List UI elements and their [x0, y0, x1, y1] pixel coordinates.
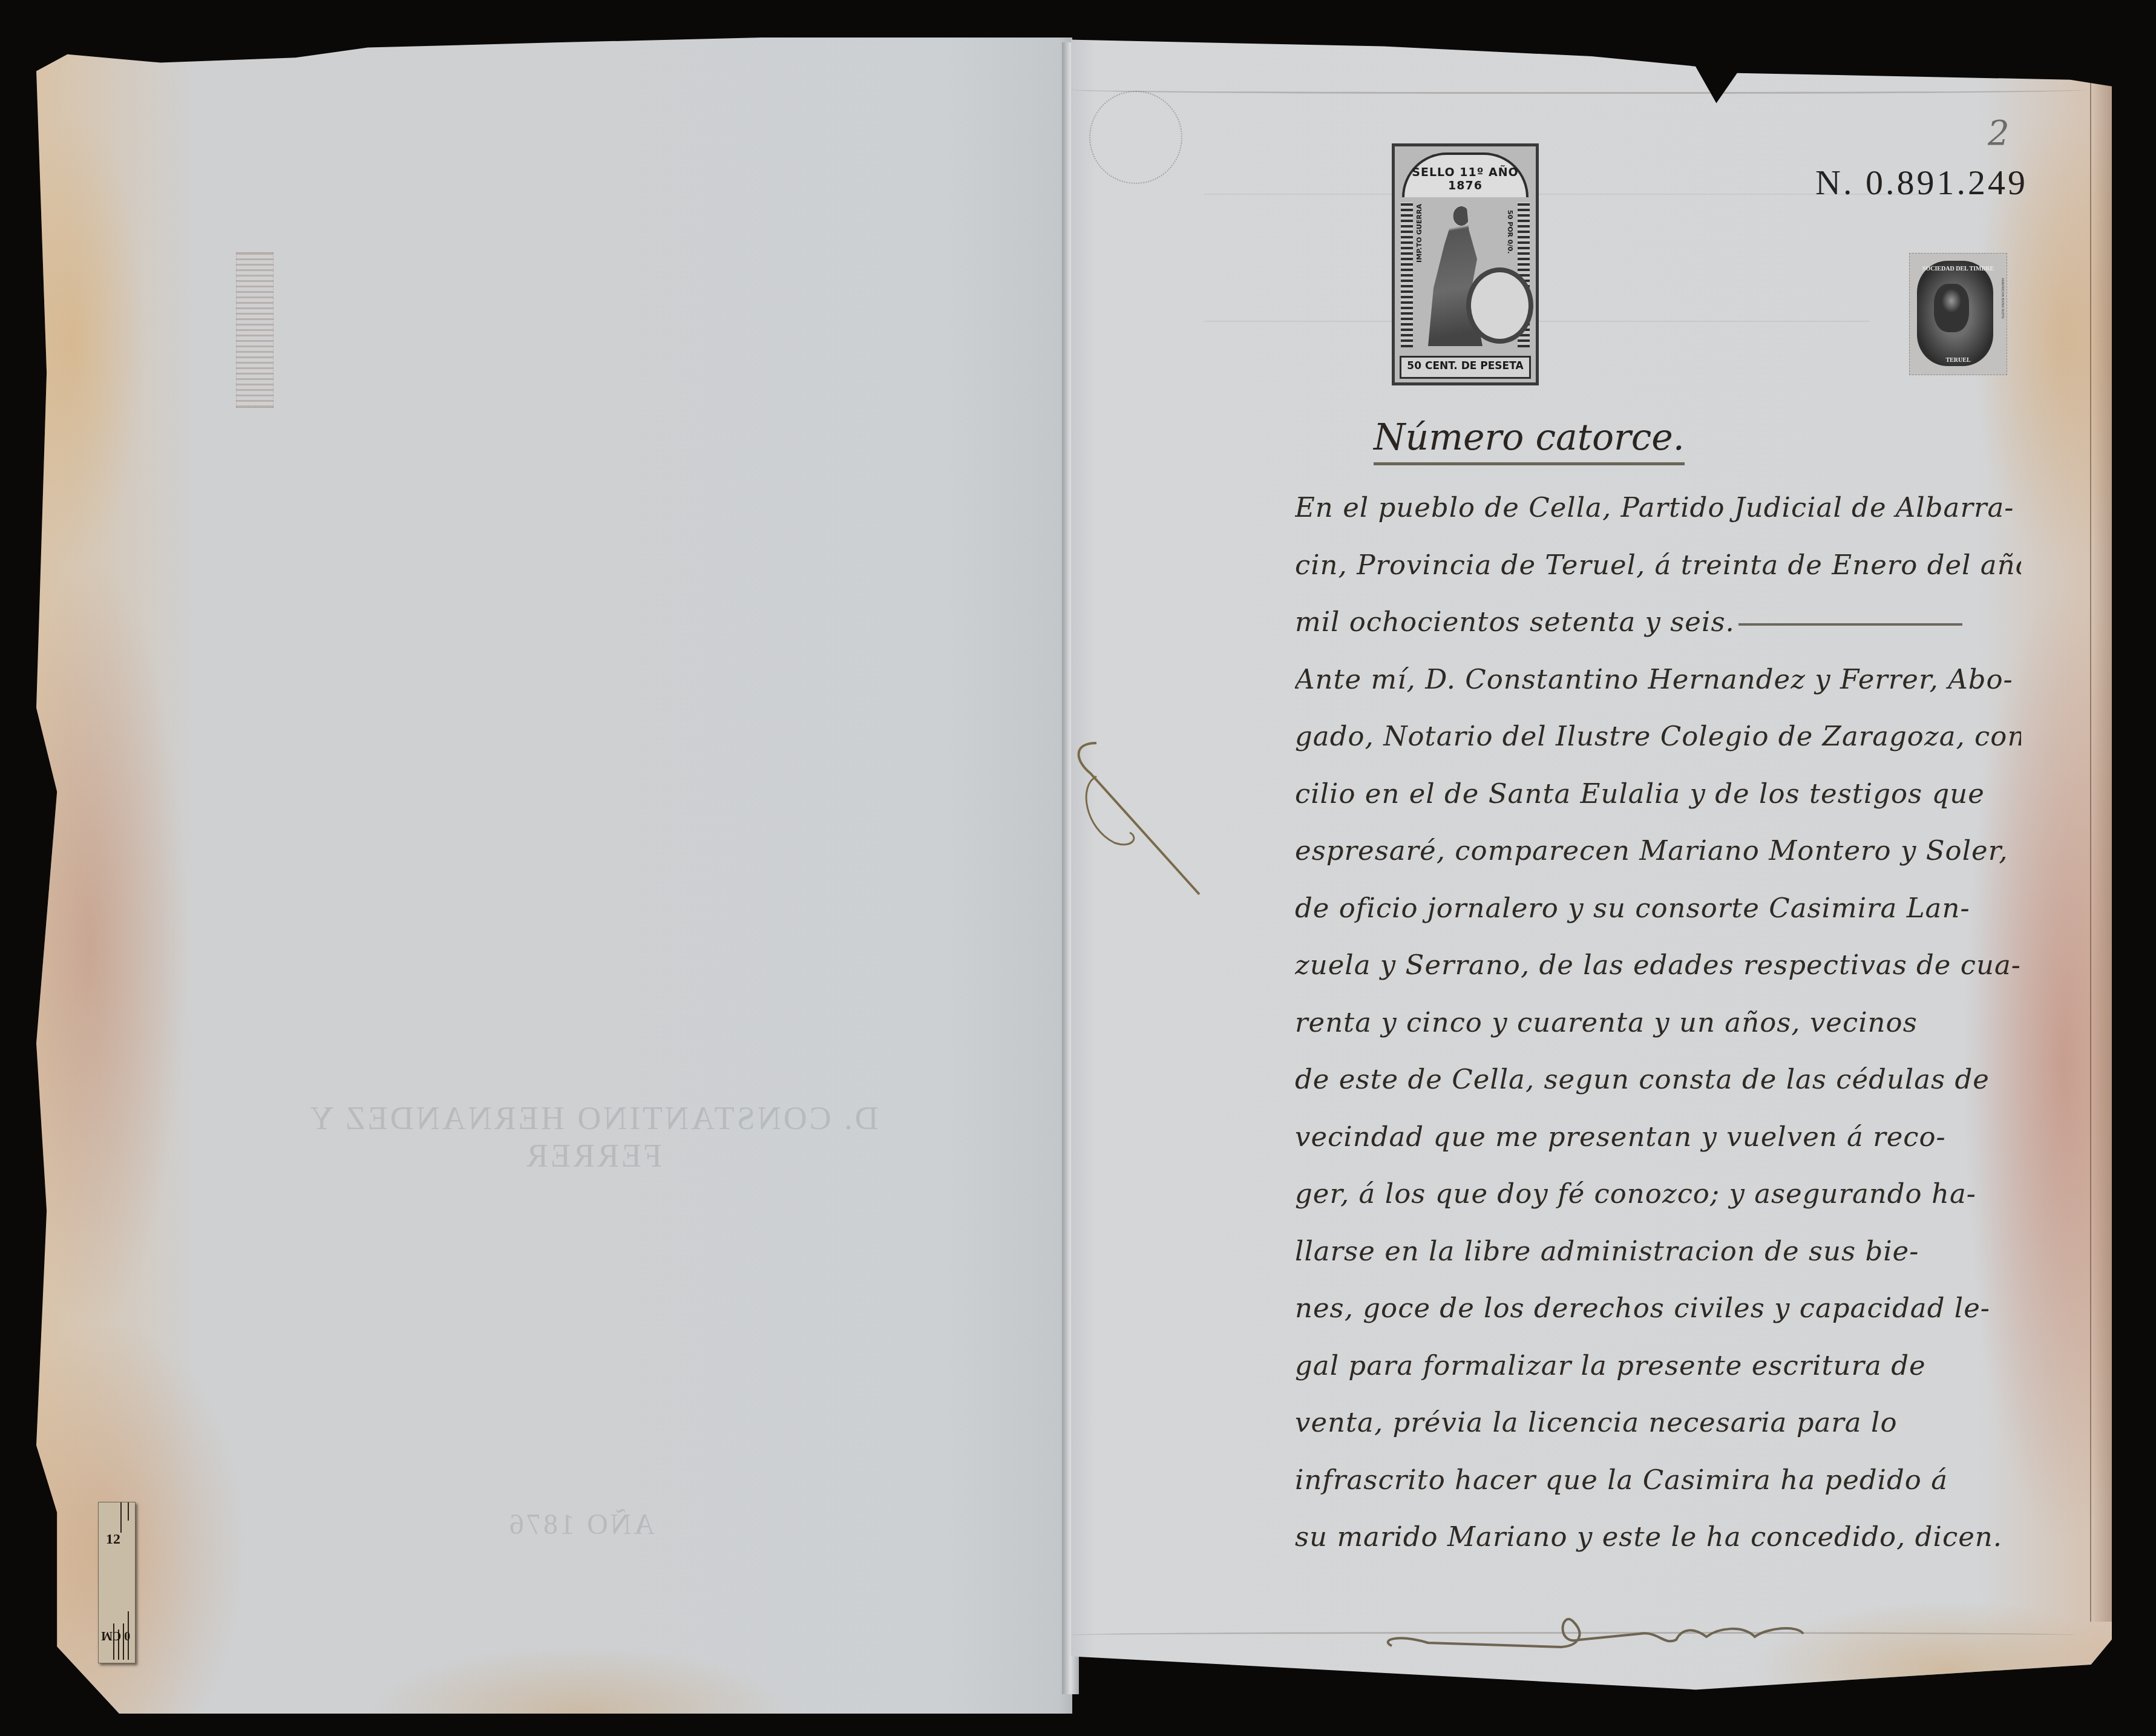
- faded-seal-icon: [1089, 91, 1182, 184]
- text-line: zuela y Serrano, de las edades respectiv…: [1295, 937, 2021, 994]
- right-page: 2 N. 0.891.249 SELLO 11º AÑO 1876 IMP.TO…: [1071, 36, 2112, 1706]
- stamp-arch-text: SELLO 11º AÑO 1876: [1395, 166, 1536, 192]
- serial-number: N. 0.891.249: [1815, 162, 2028, 203]
- page-number: 2: [1988, 114, 2010, 153]
- text-line: cilio en el de Santa Eulalia y de los te…: [1295, 765, 2021, 823]
- text-line: gal para formalizar la presente escritur…: [1295, 1337, 2021, 1395]
- stamp-value: 50 CENT. DE PESETA: [1400, 356, 1531, 379]
- text-line: nes, goce de los derechos civiles y capa…: [1295, 1280, 2021, 1337]
- top-crease: [1071, 84, 2088, 94]
- stamp-right-text: 50 POR 0/0.: [1506, 210, 1514, 254]
- manuscript-body: En el pueblo de Cella, Partido Judicial …: [1295, 479, 2021, 1566]
- text-line: de oficio jornalero y su consorte Casimi…: [1295, 880, 2021, 937]
- left-page: D. CONSTANTINO HERNANDEZ Y FERRER AÑO 18…: [36, 38, 1072, 1714]
- text-line: gado, Notario del Ilustre Colegio de Zar…: [1295, 708, 2021, 765]
- page-edge: [2090, 73, 2112, 1622]
- document-scan: D. CONSTANTINO HERNANDEZ Y FERRER AÑO 18…: [0, 0, 2156, 1736]
- greek-key-pillar-icon: [1401, 202, 1413, 347]
- text-line: Ante mí, D. Constantino Hernandez y Ferr…: [1295, 651, 2021, 709]
- margin-flourish-icon: [1072, 737, 1211, 900]
- text-line: ger, á los que doy fé conozco; y asegura…: [1295, 1165, 2021, 1223]
- stamp-left-text: IMP.TO GUERRA: [1415, 204, 1423, 263]
- timbre-bottom-text: TERUEL: [1910, 357, 2007, 364]
- measurement-ruler: 12 0 CM: [98, 1502, 136, 1663]
- text-line: venta, prévia la licencia necesaria para…: [1295, 1394, 2021, 1452]
- text-line: infrascrito hacer que la Casimira ha ped…: [1295, 1452, 2021, 1509]
- blank-medallion-icon: [1466, 267, 1533, 344]
- text-line: mil ochocientos setenta y seis.: [1295, 594, 2021, 651]
- sello-revenue-stamp: SELLO 11º AÑO 1876 IMP.TO GUERRA 50 POR …: [1392, 143, 1539, 385]
- text-line: su marido Mariano y este le ha concedido…: [1295, 1508, 2021, 1566]
- bleed-through-name: D. CONSTANTINO HERNANDEZ Y FERRER: [290, 1099, 896, 1174]
- bleed-through-year: AÑO 1876: [460, 1508, 702, 1541]
- text-line: vecindad que me presentan y vuelven á re…: [1295, 1109, 2021, 1166]
- text-line: espresaré, comparecen Mariano Montero y …: [1295, 822, 2021, 880]
- sociedad-timbre-stamp: SOCIEDAD DEL TIMBRE TERUEL AMERICAN BANK…: [1909, 253, 2007, 375]
- text-line: En el pueblo de Cella, Partido Judicial …: [1295, 479, 2021, 537]
- text-line: de este de Cella, segun consta de las cé…: [1295, 1051, 2021, 1109]
- timbre-printer-text: AMERICAN BANK NOTE: [2000, 278, 2004, 319]
- ruler-label-0cm: 0 CM: [101, 1628, 130, 1642]
- closing-flourish-icon: [1380, 1610, 1840, 1658]
- timbre-top-text: SOCIEDAD DEL TIMBRE: [1910, 266, 2007, 272]
- line-filler-rule: [1738, 623, 1962, 626]
- text-line: cin, Provincia de Teruel, á treinta de E…: [1295, 537, 2021, 594]
- faded-stamp-mark: [236, 252, 274, 408]
- ruler-label-12: 12: [106, 1531, 120, 1548]
- portrait-icon: [1934, 284, 1969, 332]
- document-heading: Número catorce.: [1374, 416, 1685, 465]
- text-line: renta y cinco y cuarenta y un años, veci…: [1295, 994, 2021, 1052]
- text-line: llarse en la libre administracion de sus…: [1295, 1223, 2021, 1280]
